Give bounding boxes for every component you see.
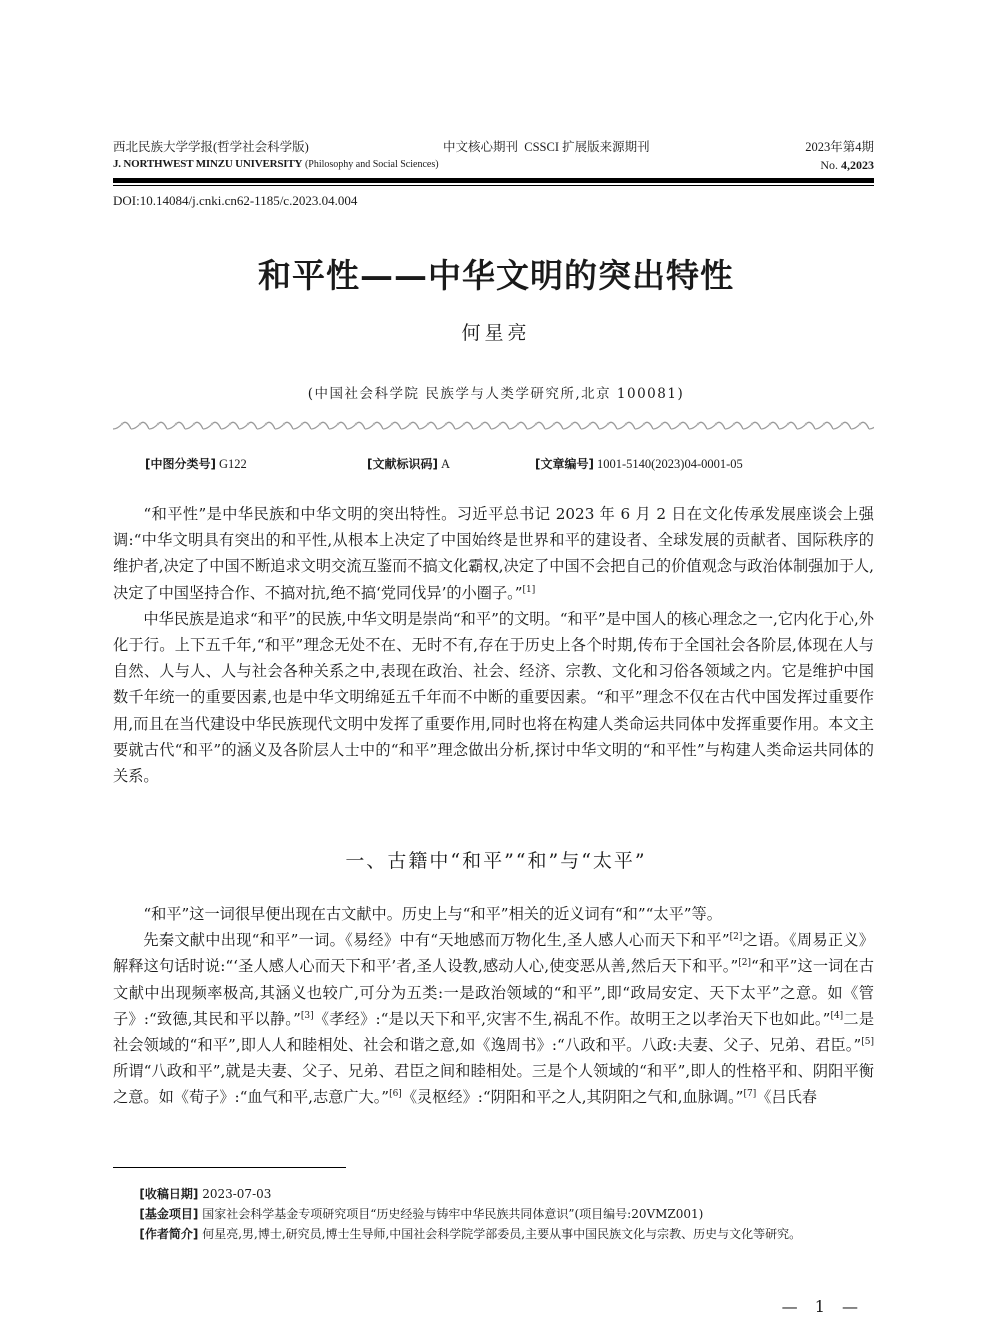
header-rule-thin: [113, 185, 874, 186]
citation-6: [6]: [389, 1089, 402, 1099]
citation-7: [7]: [743, 1089, 756, 1099]
clc-number: [中图分类号]G122: [145, 455, 247, 472]
introduction: “和平性”是中华民族和中华文明的突出特性。习近平总书记 2023 年 6 月 2…: [113, 501, 874, 789]
section-1-body: “和平”这一词很早便出现在古文献中。历史上与“和平”相关的近义词有“和”“太平”…: [113, 901, 874, 1111]
article-author: 何星亮: [0, 318, 992, 345]
intro-paragraph-2: 中华民族是追求“和平”的民族,中华文明是崇尚“和平”的文明。“和平”是中国人的核…: [113, 606, 874, 789]
document-code-value: A: [441, 457, 450, 471]
citation-2: [2]: [738, 958, 751, 968]
section1-paragraph-1: “和平”这一词很早便出现在古文献中。历史上与“和平”相关的近义词有“和”“太平”…: [113, 901, 874, 927]
received-value: 2023-07-03: [202, 1187, 271, 1201]
footnote-rule: [113, 1167, 346, 1168]
journal-name-en-main: J. NORTHWEST MINZU UNIVERSITY: [113, 158, 302, 170]
index-tags: 中文核心期刊 CSSCI 扩展版来源期刊: [443, 137, 650, 155]
fund-project: [基金项目] 国家社会科学基金专项研究项目“历史经验与铸牢中华民族共同体意识”(…: [113, 1204, 874, 1224]
citation-5: [5]: [861, 1037, 874, 1047]
article-number-label: [文章编号]: [535, 457, 594, 471]
clc-value: G122: [219, 457, 247, 471]
text: 《孝经》:“是以天下和平,灾害不生,祸乱不作。故明王之以孝治天下也如此。”: [314, 1010, 831, 1028]
article-metadata: [中图分类号]G122 [文献标识码]A [文章编号]1001-5140(202…: [145, 455, 865, 473]
running-header-en: J. NORTHWEST MINZU UNIVERSITY (Philosoph…: [113, 158, 874, 176]
author-bio: [作者简介] 何星亮,男,博士,研究员,博士生导师,中国社会科学院学部委员,主要…: [113, 1224, 874, 1244]
citation-2: [2]: [730, 932, 743, 942]
intro-paragraph-1: “和平性”是中华民族和中华文明的突出特性。习近平总书记 2023 年 6 月 2…: [113, 501, 874, 606]
document-code-label: [文献标识码]: [367, 457, 438, 471]
document-code: [文献标识码]A: [367, 455, 450, 472]
author-affiliation: (中国社会科学院 民族学与人类学研究所,北京 100081): [0, 382, 992, 402]
doi: DOI:10.14084/j.cnki.cn62-1185/c.2023.04.…: [113, 193, 357, 209]
citation-1: [1]: [523, 585, 536, 595]
issue-en-value: 4,2023: [841, 158, 874, 172]
intro-p1-text: “和平性”是中华民族和中华文明的突出特性。习近平总书记 2023 年 6 月 2…: [113, 505, 874, 602]
running-header-cn: 西北民族大学学报(哲学社会科学版) 中文核心期刊 CSSCI 扩展版来源期刊 2…: [113, 137, 874, 157]
fund-value: 国家社会科学基金专项研究项目“历史经验与铸牢中华民族共同体意识”(项目编号:20…: [202, 1207, 703, 1221]
decorative-wave-divider: [113, 420, 874, 432]
journal-page: 西北民族大学学报(哲学社会科学版) 中文核心期刊 CSSCI 扩展版来源期刊 2…: [0, 0, 992, 1328]
article-number: [文章编号]1001-5140(2023)04-0001-05: [535, 455, 743, 472]
page-number: — 1 —: [782, 1297, 864, 1316]
text: 《灵枢经》:“阴阳和平之人,其阴阳之气和,血脉调。”: [402, 1088, 744, 1106]
journal-name-en-sub: (Philosophy and Social Sciences): [305, 159, 439, 170]
header-rule-thick: [113, 178, 874, 183]
author-bio-value: 何星亮,男,博士,研究员,博士生导师,中国社会科学院学部委员,主要从事中国民族文…: [202, 1227, 801, 1241]
issue-en: No. 4,2023: [820, 158, 874, 173]
text: 《吕氏春: [756, 1088, 817, 1106]
received-label: [收稿日期]: [139, 1187, 198, 1201]
citation-3: [3]: [301, 1011, 314, 1021]
article-title: 和平性——中华文明的突出特性: [0, 250, 992, 297]
clc-label: [中图分类号]: [145, 457, 216, 471]
text: 先秦文献中出现“和平”一词。《易经》中有“天地感而万物化生,圣人感人心而天下和平…: [143, 931, 729, 949]
footnotes: [收稿日期] 2023-07-03 [基金项目] 国家社会科学基金专项研究项目“…: [113, 1184, 874, 1244]
fund-label: [基金项目]: [139, 1207, 198, 1221]
journal-name-cn: 西北民族大学学报(哲学社会科学版): [113, 137, 309, 155]
article-number-value: 1001-5140(2023)04-0001-05: [597, 457, 743, 471]
citation-4: [4]: [830, 1011, 843, 1021]
section-heading-1: 一、古籍中“和平”“和”与“太平”: [0, 846, 992, 873]
received-date: [收稿日期] 2023-07-03: [113, 1184, 874, 1204]
issue-cn: 2023年第4期: [805, 137, 874, 155]
issue-en-prefix: No.: [820, 158, 838, 172]
author-bio-label: [作者简介]: [139, 1227, 198, 1241]
section1-paragraph-2: 先秦文献中出现“和平”一词。《易经》中有“天地感而万物化生,圣人感人心而天下和平…: [113, 927, 874, 1110]
journal-name-en: J. NORTHWEST MINZU UNIVERSITY (Philosoph…: [113, 158, 439, 170]
